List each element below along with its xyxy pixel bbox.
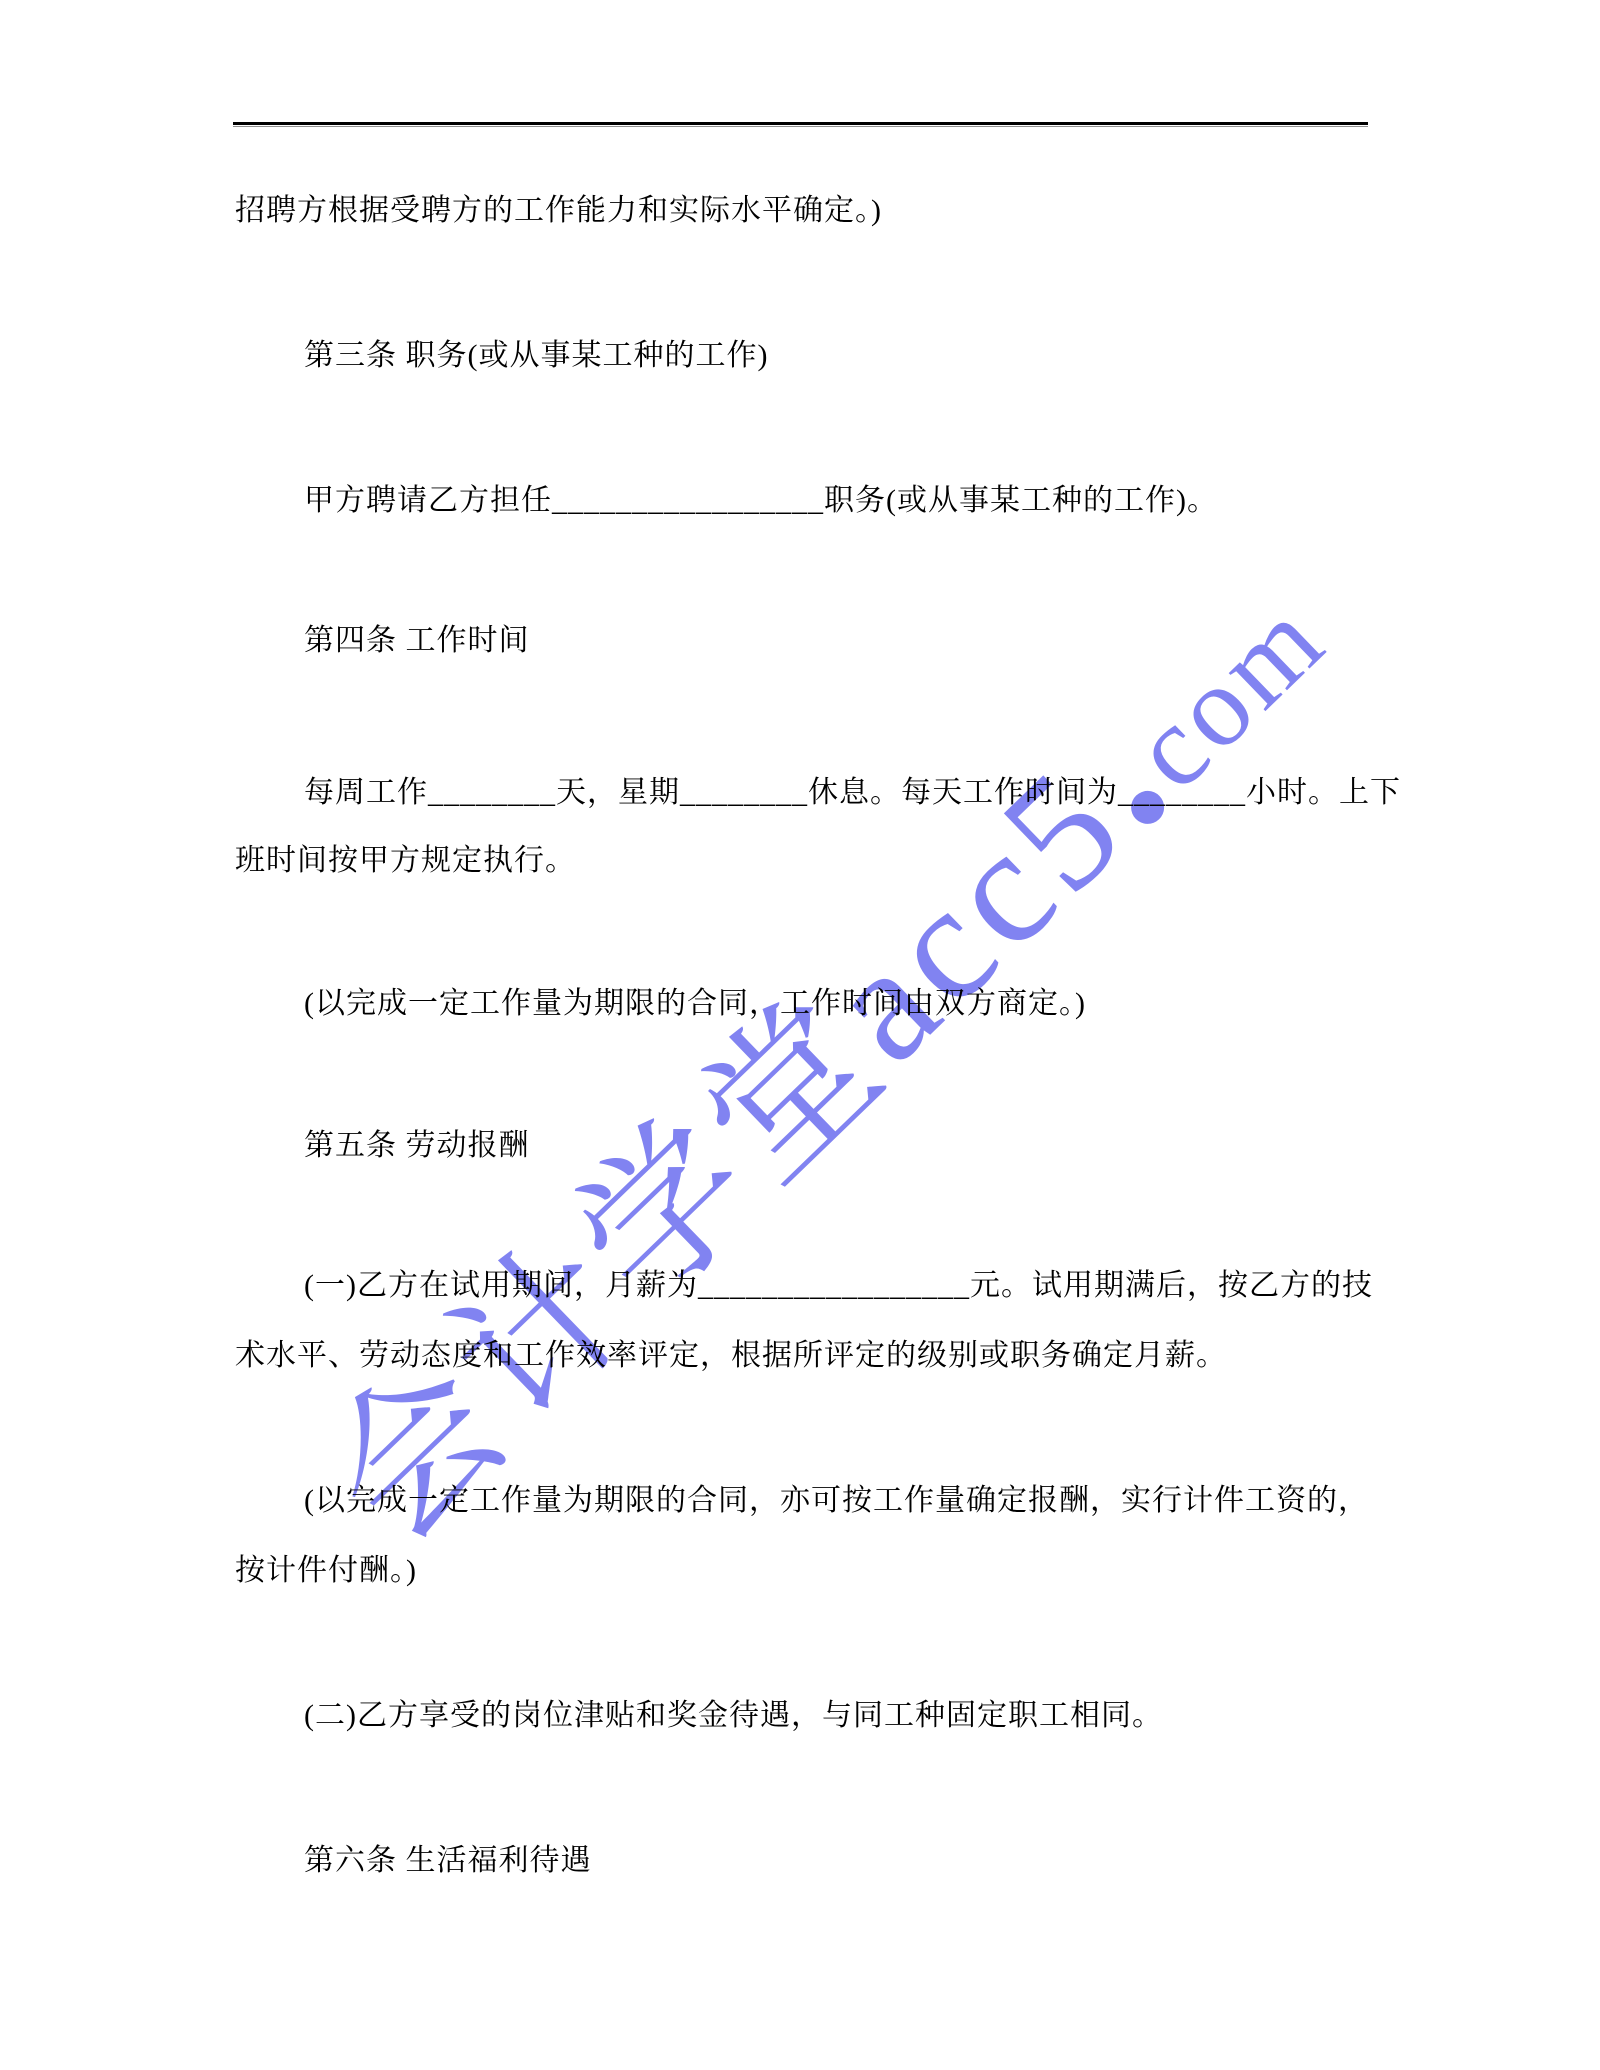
doc-line-clause2-tail: 招聘方根据受聘方的工作能力和实际水平确定。) xyxy=(235,193,882,229)
contract-document-page: 会计学堂acc5com 招聘方根据受聘方的工作能力和实际水平确定。) 第三条 职… xyxy=(0,0,1600,2070)
doc-line-clause3-body: 甲方聘请乙方担任_________________职务(或从事某工种的工作)。 xyxy=(304,483,1218,519)
doc-line-clause3-heading: 第三条 职务(或从事某工种的工作) xyxy=(304,338,768,374)
doc-line-clause5-item1-1: (一)乙方在试用期间，月薪为_________________元。试用期满后，按… xyxy=(304,1268,1373,1304)
doc-line-clause4-body-1: 每周工作________天，星期________休息。每天工作时间为______… xyxy=(304,775,1401,811)
doc-line-clause4-heading: 第四条 工作时间 xyxy=(304,623,530,659)
header-rule xyxy=(233,122,1368,127)
doc-line-clause5-note-1: (以完成一定工作量为期限的合同，亦可按工作量确定报酬，实行计件工资的， xyxy=(304,1483,1369,1519)
doc-line-clause5-item2: (二)乙方享受的岗位津贴和奖金待遇，与同工种固定职工相同。 xyxy=(304,1698,1163,1734)
doc-line-clause4-note: (以完成一定工作量为期限的合同，工作时间由双方商定。) xyxy=(304,986,1086,1022)
watermark: 会计学堂acc5com xyxy=(265,511,1365,1585)
doc-line-clause5-heading: 第五条 劳动报酬 xyxy=(304,1128,530,1164)
doc-line-clause5-item1-2: 术水平、劳动态度和工作效率评定，根据所评定的级别或职务确定月薪。 xyxy=(235,1338,1227,1374)
doc-line-clause6-heading: 第六条 生活福利待遇 xyxy=(304,1843,592,1879)
doc-line-clause5-note-2: 按计件付酬。) xyxy=(235,1553,417,1589)
doc-line-clause4-body-2: 班时间按甲方规定执行。 xyxy=(235,843,576,879)
